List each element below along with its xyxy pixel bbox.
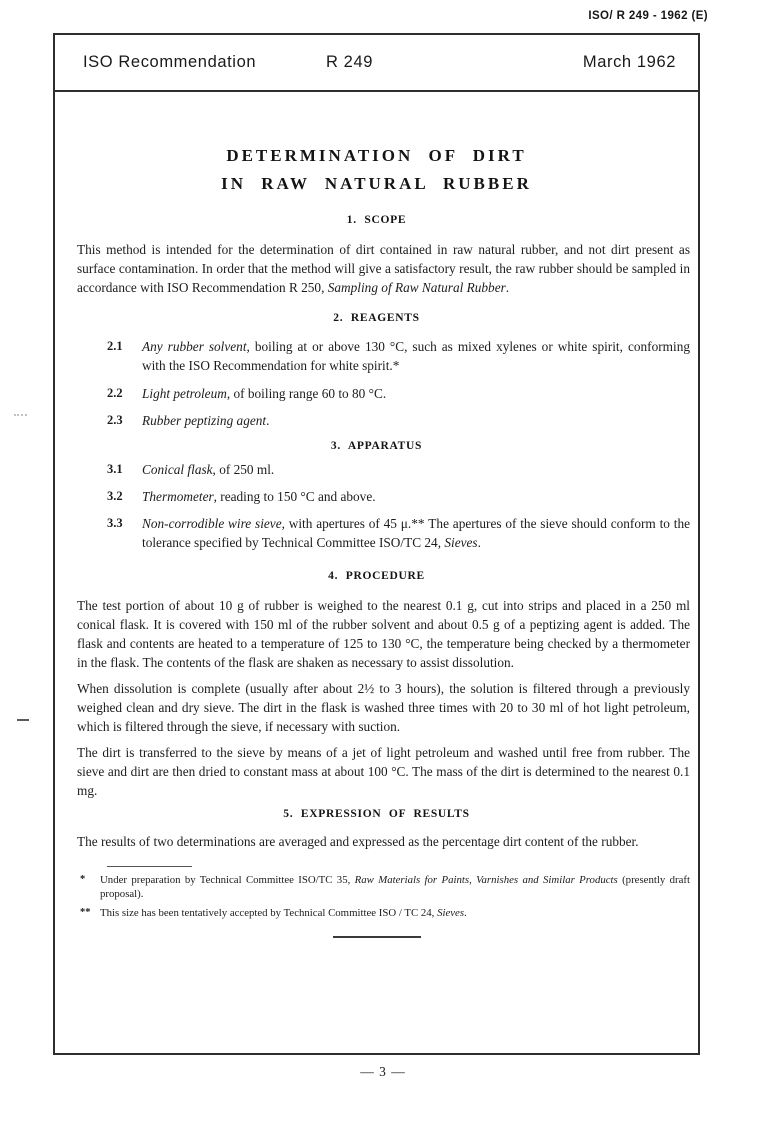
list-item: 2.1 Any rubber solvent, boiling at or ab… xyxy=(77,337,690,375)
procedure-section: The test portion of about 10 g of rubber… xyxy=(55,596,698,800)
item-text: Non-corrodible wire sieve, with aperture… xyxy=(142,514,690,552)
item-number: 3.3 xyxy=(107,514,142,552)
item-rest: , of boiling range 60 to 80 °C. xyxy=(227,386,386,401)
item-rest: , of 250 ml. xyxy=(213,462,275,477)
footnote-text: Under preparation by Technical Committee… xyxy=(100,873,690,901)
results-paragraph: The results of two determinations are av… xyxy=(77,832,690,851)
item-number: 3.2 xyxy=(107,487,142,506)
footnote-marker: ** xyxy=(77,906,100,920)
section-heading-scope: 1. SCOPE xyxy=(55,214,698,226)
page-number: — 3 — xyxy=(0,1064,766,1080)
procedure-paragraph-3: The dirt is transferred to the sieve by … xyxy=(77,743,690,800)
list-item: 3.2 Thermometer, reading to 150 °C and a… xyxy=(77,487,690,506)
masthead-organization: ISO Recommendation xyxy=(83,53,326,72)
item-text: Rubber peptizing agent. xyxy=(142,411,690,430)
item-number: 2.2 xyxy=(107,384,142,403)
margin-mark-dots xyxy=(14,414,27,416)
footnote-marker: * xyxy=(77,873,100,901)
footnote-lead: This size has been tentatively accepted … xyxy=(100,907,437,919)
footnote-text: This size has been tentatively accepted … xyxy=(100,906,690,920)
scope-text-end: . xyxy=(506,280,509,295)
section-heading-reagents: 2. REAGENTS xyxy=(55,312,698,324)
item-lead: Conical flask xyxy=(142,462,213,477)
footnote-reference-title: Raw Materials for Paints, Varnishes and … xyxy=(355,874,618,886)
item-text: Any rubber solvent, boiling at or above … xyxy=(142,337,690,375)
apparatus-section: 3.1 Conical flask, of 250 ml. 3.2 Thermo… xyxy=(55,460,698,552)
item-lead: Light petroleum xyxy=(142,386,227,401)
masthead-number: R 249 xyxy=(326,53,373,72)
footnotes-area: * Under preparation by Technical Committ… xyxy=(55,866,698,920)
procedure-paragraph-1: The test portion of about 10 g of rubber… xyxy=(77,596,690,672)
item-rest: . xyxy=(266,413,269,428)
footnote-lead: Under preparation by Technical Committee… xyxy=(100,874,355,886)
item-reference-title: Sieves xyxy=(444,535,477,550)
section-heading-apparatus: 3. APPARATUS xyxy=(55,440,698,452)
scope-paragraph: This method is intended for the determin… xyxy=(77,240,690,297)
document-page: ISO/ R 249 - 1962 (E) ISO Recommendation… xyxy=(0,0,766,1122)
item-rest: , reading to 150 °C and above. xyxy=(214,489,376,504)
list-item: 2.2 Light petroleum, of boiling range 60… xyxy=(77,384,690,403)
reagents-section: 2.1 Any rubber solvent, boiling at or ab… xyxy=(55,337,698,430)
footnote-reference-title: Sieves xyxy=(437,907,464,919)
item-lead: Rubber peptizing agent xyxy=(142,413,266,428)
item-lead: Non-corrodible wire sieve xyxy=(142,516,282,531)
item-lead: Thermometer xyxy=(142,489,214,504)
end-of-text-rule xyxy=(333,936,421,938)
scope-section: This method is intended for the determin… xyxy=(55,240,698,297)
results-section: The results of two determinations are av… xyxy=(55,832,698,851)
list-item: 2.3 Rubber peptizing agent. xyxy=(77,411,690,430)
footnote-separator-rule xyxy=(107,866,192,867)
footnote: ** This size has been tentatively accept… xyxy=(77,906,690,920)
document-reference: ISO/ R 249 - 1962 (E) xyxy=(588,10,708,22)
item-text: Light petroleum, of boiling range 60 to … xyxy=(142,384,690,403)
footnote-end: . xyxy=(464,907,467,919)
title-line-2: IN RAW NATURAL RUBBER xyxy=(55,170,698,198)
list-item: 3.1 Conical flask, of 250 ml. xyxy=(77,460,690,479)
scope-reference-title: Sampling of Raw Natural Rubber xyxy=(328,280,506,295)
document-title: DETERMINATION OF DIRT IN RAW NATURAL RUB… xyxy=(55,142,698,198)
title-line-1: DETERMINATION OF DIRT xyxy=(55,142,698,170)
masthead-date: March 1962 xyxy=(433,53,676,72)
item-lead: Any rubber solvent xyxy=(142,339,247,354)
section-heading-results: 5. EXPRESSION OF RESULTS xyxy=(55,808,698,820)
item-text: Conical flask, of 250 ml. xyxy=(142,460,690,479)
item-number: 2.1 xyxy=(107,337,142,375)
section-heading-procedure: 4. PROCEDURE xyxy=(55,570,698,582)
item-end: . xyxy=(478,535,481,550)
procedure-paragraph-2: When dissolution is complete (usually af… xyxy=(77,679,690,736)
footnote: * Under preparation by Technical Committ… xyxy=(77,873,690,901)
margin-mark-dash xyxy=(17,719,29,721)
content-frame: ISO Recommendation R 249 March 1962 DETE… xyxy=(53,33,700,1055)
item-text: Thermometer, reading to 150 °C and above… xyxy=(142,487,690,506)
item-number: 2.3 xyxy=(107,411,142,430)
list-item: 3.3 Non-corrodible wire sieve, with aper… xyxy=(77,514,690,552)
masthead: ISO Recommendation R 249 March 1962 xyxy=(55,35,698,92)
item-number: 3.1 xyxy=(107,460,142,479)
